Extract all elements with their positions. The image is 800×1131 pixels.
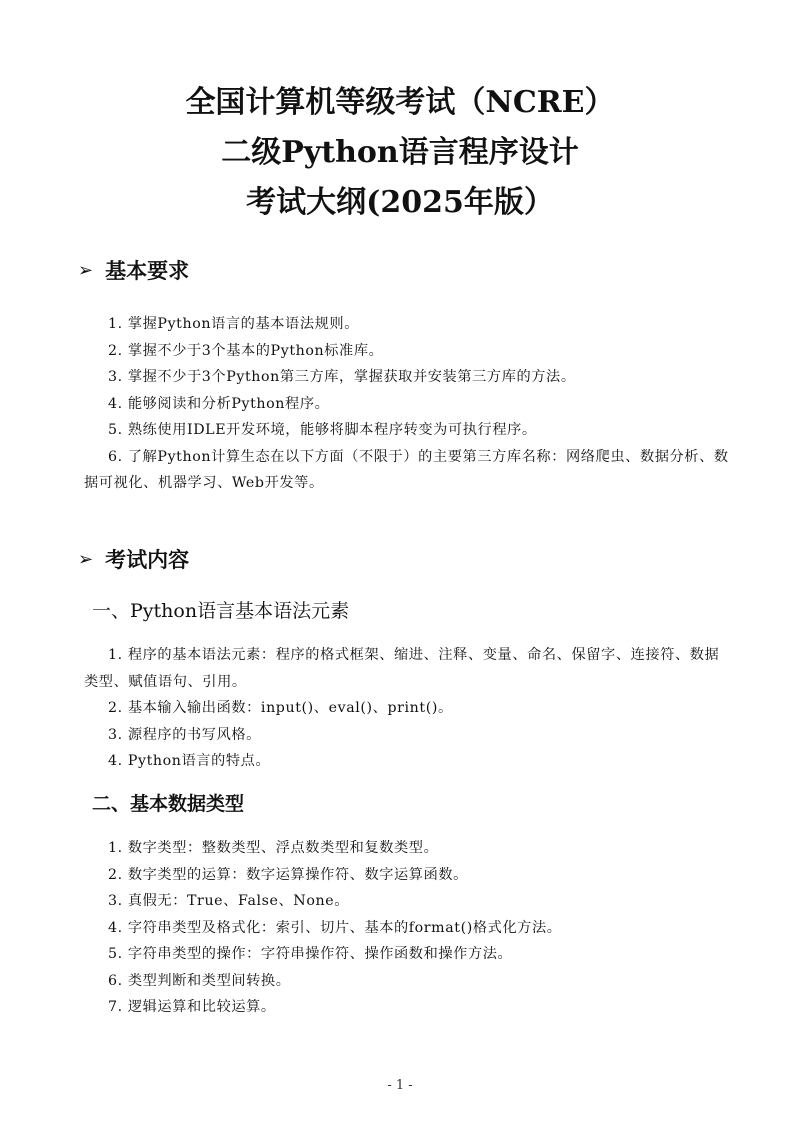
section-heading-label: 考试内容 [105,545,189,575]
title-line-2: 二级Python语言程序设计 [0,128,800,178]
list-item: 5. 熟练使用IDLE开发环境，能够将脚本程序转变为可执行程序。 [84,417,734,444]
document-title: 全国计算机等级考试（NCRE） 二级Python语言程序设计 考试大纲(2025… [0,78,800,228]
list-item: 2. 数字类型的运算：数字运算操作符、数字运算函数。 [84,862,734,889]
list-item: 5. 字符串类型的操作：字符串操作符、操作函数和操作方法。 [84,941,734,968]
list-item: 1. 掌握Python语言的基本语法规则。 [84,311,734,338]
title-line-1: 全国计算机等级考试（NCRE） [0,78,800,128]
list-item: 7. 逻辑运算和比较运算。 [84,994,734,1021]
arrow-bullet-icon: ➢ [78,545,93,575]
list-item: 1. 数字类型：整数类型、浮点数类型和复数类型。 [84,835,734,862]
title-line-3: 考试大纲(2025年版） [0,178,800,228]
basic-requirements-list: 1. 掌握Python语言的基本语法规则。 2. 掌握不少于3个基本的Pytho… [84,311,734,497]
section-heading-basic-requirements: ➢ 基本要求 [78,256,189,286]
basic-data-types-list: 1. 数字类型：整数类型、浮点数类型和复数类型。 2. 数字类型的运算：数字运算… [84,835,734,1021]
list-item: 2. 掌握不少于3个基本的Python标准库。 [84,338,734,365]
section-heading-label: 基本要求 [105,256,189,286]
list-item: 4. 能够阅读和分析Python程序。 [84,391,734,418]
arrow-bullet-icon: ➢ [78,256,93,286]
list-item: 3. 真假无：True、False、None。 [84,888,734,915]
list-item: 4. 字符串类型及格式化：索引、切片、基本的format()格式化方法。 [84,915,734,942]
subsection-heading-syntax-elements: 一、Python语言基本语法元素 [92,597,349,625]
list-item: 2. 基本输入输出函数：input()、eval()、print()。 [84,695,734,722]
page-number: - 1 - [0,1078,800,1093]
list-item: 6. 了解Python计算生态在以下方面（不限于）的主要第三方库名称：网络爬虫、… [84,444,734,497]
list-item: 1. 程序的基本语法元素：程序的格式框架、缩进、注释、变量、命名、保留字、连接符… [84,642,734,695]
syntax-elements-list: 1. 程序的基本语法元素：程序的格式框架、缩进、注释、变量、命名、保留字、连接符… [84,642,734,775]
section-heading-exam-content: ➢ 考试内容 [78,545,189,575]
list-item: 4. Python语言的特点。 [84,748,734,775]
list-item: 3. 源程序的书写风格。 [84,722,734,749]
list-item: 6. 类型判断和类型间转换。 [84,968,734,995]
list-item: 3. 掌握不少于3个Python第三方库，掌握获取并安装第三方库的方法。 [84,364,734,391]
subsection-heading-basic-data-types: 二、基本数据类型 [92,790,244,818]
